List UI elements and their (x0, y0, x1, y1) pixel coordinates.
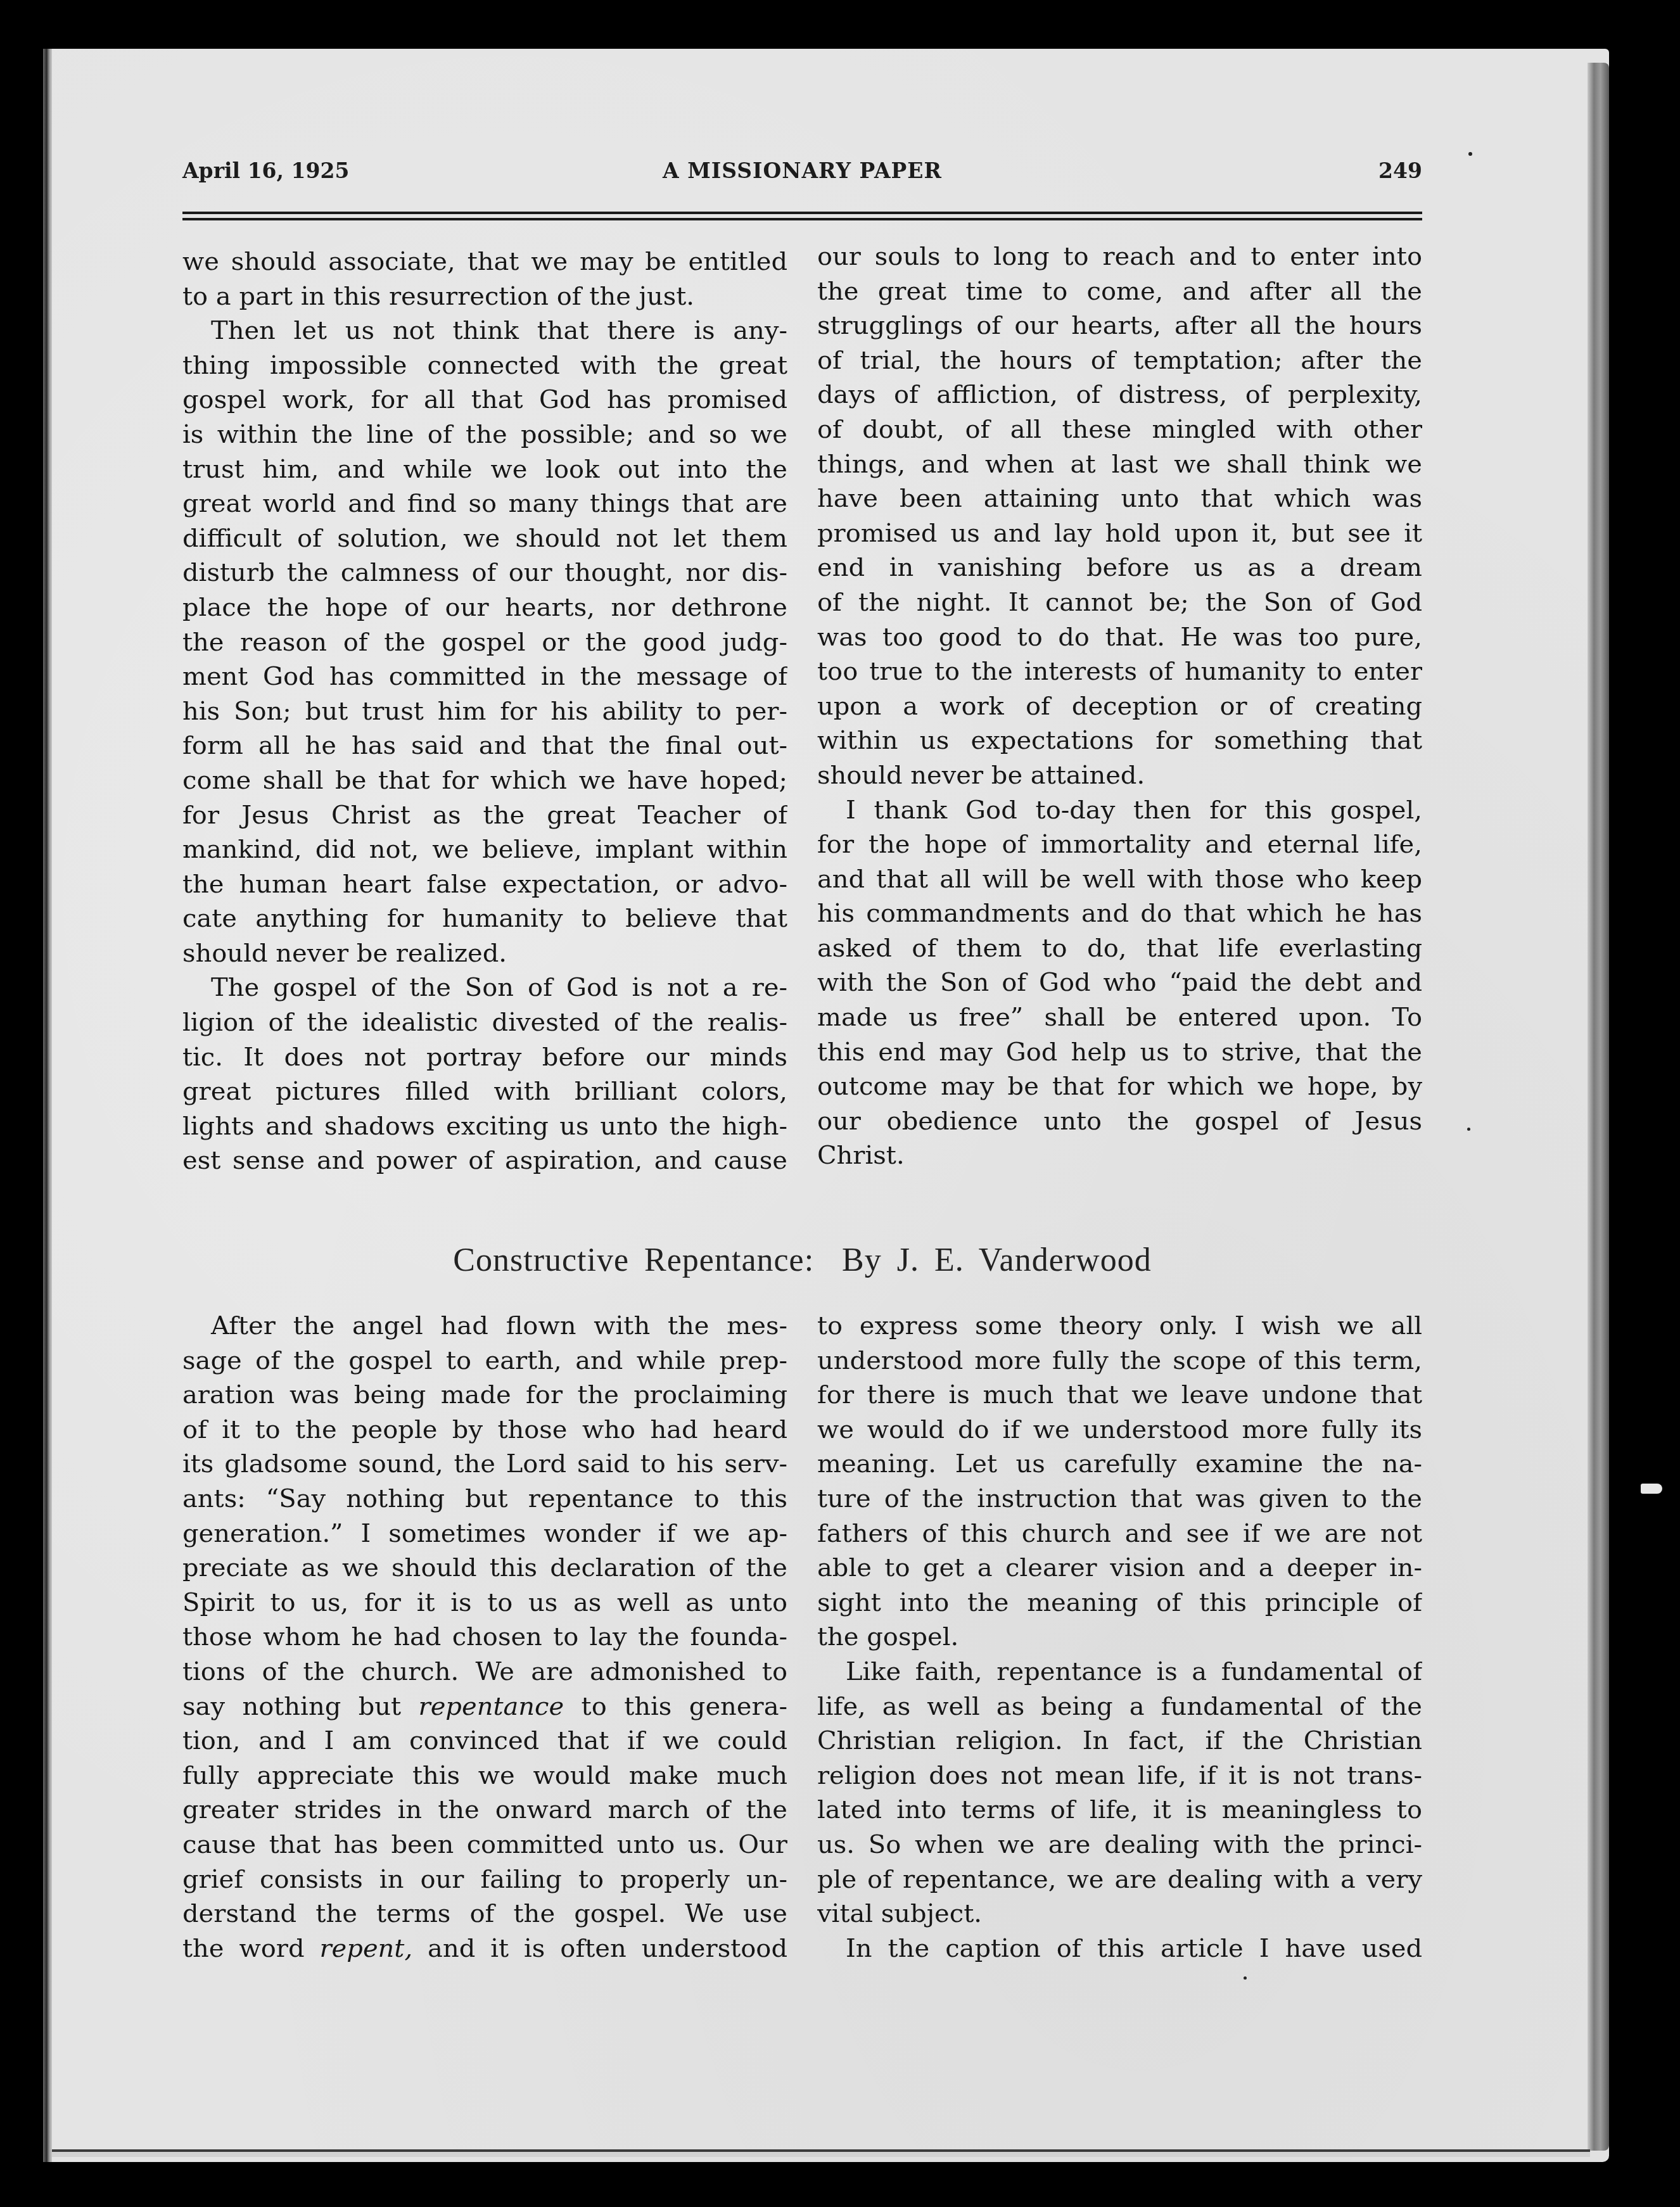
text-line: within us expectations for something tha… (817, 723, 1422, 758)
text-line: things, and when at last we shall think … (817, 447, 1422, 482)
text-line: aration was being made for the proclaimi… (182, 1378, 787, 1413)
text-line: we would do if we understood more fully … (817, 1413, 1422, 1447)
text-line: of trial, the hours of temptation; after… (817, 343, 1422, 378)
text-line: The gospel of the Son of God is not a re… (182, 970, 787, 1005)
emphasized-word: repentance (419, 1692, 564, 1721)
text-line: ture of the instruction that was given t… (817, 1482, 1422, 1517)
text-line: the great time to come, and after all th… (817, 274, 1422, 309)
emphasized-word: repent, (319, 1934, 412, 1963)
text-line: end in vanishing before us as a dream (817, 550, 1422, 585)
text-line: religion does not mean life, if it is no… (817, 1759, 1422, 1793)
text-line: to a part in this resurrection of the ju… (182, 279, 787, 314)
text-line: tic. It does not portray before our mind… (182, 1040, 787, 1075)
text-line: strugglings of our hearts, after all the… (817, 308, 1422, 343)
text-line: life, as well as being a fundamental of … (817, 1689, 1422, 1724)
text-line: to express some theory only. I wish we a… (817, 1309, 1422, 1344)
text-line: should never be attained. (817, 758, 1422, 793)
text-line: disturb the calmness of our thought, nor… (182, 556, 787, 590)
text-line: this end may God help us to strive, that… (817, 1035, 1422, 1070)
page-right-edge (1588, 63, 1609, 2151)
scan-speck (1467, 1128, 1470, 1131)
text-line: lights and shadows exciting us unto the … (182, 1109, 787, 1144)
text-line: and that all will be well with those who… (817, 862, 1422, 897)
text-line: ple of repentance, we are dealing with a… (817, 1862, 1422, 1897)
text-line: its gladsome sound, the Lord said to his… (182, 1447, 787, 1482)
top-column-right: our souls to long to reach and to enter … (817, 239, 1422, 1173)
text-line: cate anything for humanity to believe th… (182, 901, 787, 936)
text-line: form all he has said and that the final … (182, 728, 787, 763)
text-line: for the hope of immortality and eternal … (817, 827, 1422, 862)
text-line: the gospel. (817, 1620, 1422, 1655)
scan-speck (1468, 152, 1472, 156)
text-line: sight into the meaning of this principle… (817, 1586, 1422, 1620)
article-title: Constructive Repentance: (453, 1242, 814, 1278)
page-bottom-edge (52, 2149, 1590, 2157)
text-line: was too good to do that. He was too pure… (817, 620, 1422, 655)
text-line: place the hope of our hearts, nor dethro… (182, 590, 787, 625)
text-line: tion, and I am convinced that if we coul… (182, 1724, 787, 1759)
text-line: Like faith, repentance is a fundamental … (817, 1655, 1422, 1689)
text-line: ment God has committed in the message of (182, 659, 787, 694)
article-column-left: After the angel had flown with the mes-s… (182, 1309, 787, 1966)
publication-title: A MISSIONARY PAPER (182, 158, 1422, 183)
text-line: of it to the people by those who had hea… (182, 1413, 787, 1447)
text-line: of the night. It cannot be; the Son of G… (817, 585, 1422, 620)
text-line: tions of the church. We are admonished t… (182, 1655, 787, 1689)
text-line: fully appreciate this we would make much (182, 1759, 787, 1793)
top-column-left: we should associate, that we may be enti… (182, 245, 787, 1178)
text-line: our obedience unto the gospel of Jesus (817, 1104, 1422, 1139)
text-line: grief consists in our failing to properl… (182, 1862, 787, 1897)
text-line: ligion of the idealistic divested of the… (182, 1005, 787, 1040)
text-line: say nothing but repentance to this gener… (182, 1689, 787, 1724)
article-column-right: to express some theory only. I wish we a… (817, 1309, 1422, 1966)
text-line: able to get a clearer vision and a deepe… (817, 1551, 1422, 1586)
text-line: great world and find so many things that… (182, 487, 787, 521)
text-line: Christ. (817, 1138, 1422, 1173)
text-line: for there is much that we leave undone t… (817, 1378, 1422, 1413)
text-line: outcome may be that for which we hope, b… (817, 1069, 1422, 1104)
text-line: Spirit to us, for it is to us as well as… (182, 1586, 787, 1620)
text-line: gospel work, for all that God has promis… (182, 383, 787, 417)
running-header: April 16, 1925 A MISSIONARY PAPER 249 (182, 158, 1422, 190)
scan-tab-mark (1641, 1484, 1662, 1494)
text-line: fathers of this church and see if we are… (817, 1517, 1422, 1551)
text-line: have been attaining unto that which was (817, 481, 1422, 516)
text-line: the word repent, and it is often underst… (182, 1931, 787, 1966)
text-line: his Son; but trust him for his ability t… (182, 694, 787, 729)
text-line: ants: “Say nothing but repentance to thi… (182, 1482, 787, 1517)
text-line: derstand the terms of the gospel. We use (182, 1897, 787, 1931)
text-line: of doubt, of all these mingled with othe… (817, 412, 1422, 447)
text-line: for Jesus Christ as the great Teacher of (182, 798, 787, 833)
text-line: sage of the gospel to earth, and while p… (182, 1344, 787, 1378)
text-line: promised us and lay hold upon it, but se… (817, 516, 1422, 551)
text-line: come shall be that for which we have hop… (182, 763, 787, 798)
text-line: thing impossible connected with the grea… (182, 348, 787, 383)
scan-speck (1244, 1976, 1247, 1980)
text-line: I thank God to-day then for this gospel, (817, 793, 1422, 828)
text-line: we should associate, that we may be enti… (182, 245, 787, 279)
text-line: difficult of solution, we should not let… (182, 521, 787, 556)
text-line: understood more fully the scope of this … (817, 1344, 1422, 1378)
text-line: those whom he had chosen to lay the foun… (182, 1620, 787, 1655)
text-line: our souls to long to reach and to enter … (817, 239, 1422, 274)
text-line: too true to the interests of humanity to… (817, 654, 1422, 689)
text-line: est sense and power of aspiration, and c… (182, 1143, 787, 1178)
text-line: mankind, did not, we believe, implant wi… (182, 832, 787, 867)
page-left-edge (43, 49, 52, 2162)
page-number: 249 (1378, 158, 1422, 183)
text-line: generation.” I sometimes wonder if we ap… (182, 1517, 787, 1551)
article-byline: By J. E. Vanderwood (842, 1242, 1152, 1278)
text-line: After the angel had flown with the mes- (182, 1309, 787, 1344)
text-line: days of affliction, of distress, of perp… (817, 378, 1422, 412)
text-line: vital subject. (817, 1897, 1422, 1931)
text-line: the human heart false expectation, or ad… (182, 867, 787, 902)
text-line: greater strides in the onward march of t… (182, 1793, 787, 1828)
text-line: preciate as we should this declaration o… (182, 1551, 787, 1586)
text-line: should never be realized. (182, 936, 787, 971)
text-line: In the caption of this article I have us… (817, 1931, 1422, 1966)
text-line: trust him, and while we look out into th… (182, 452, 787, 487)
text-line: his commandments and do that which he ha… (817, 896, 1422, 931)
header-rule-bottom (182, 218, 1422, 220)
text-line: made us free” shall be entered upon. To (817, 1000, 1422, 1035)
text-line: asked of them to do, that life everlasti… (817, 931, 1422, 966)
text-line: is within the line of the possible; and … (182, 417, 787, 452)
text-line: with the Son of God who “paid the debt a… (817, 965, 1422, 1000)
text-line: Christian religion. In fact, if the Chri… (817, 1724, 1422, 1759)
text-line: cause that has been committed unto us. O… (182, 1828, 787, 1862)
text-line: meaning. Let us carefully examine the na… (817, 1447, 1422, 1482)
article-heading: Constructive Repentance: By J. E. Vander… (182, 1242, 1422, 1279)
text-line: lated into terms of life, it is meaningl… (817, 1793, 1422, 1828)
text-line: upon a work of deception or of creating (817, 689, 1422, 724)
header-rule-top (182, 212, 1422, 214)
text-line: the reason of the gospel or the good jud… (182, 625, 787, 660)
text-line: us. So when we are dealing with the prin… (817, 1828, 1422, 1862)
text-line: Then let us not think that there is any- (182, 314, 787, 348)
text-line: great pictures filled with brilliant col… (182, 1074, 787, 1109)
